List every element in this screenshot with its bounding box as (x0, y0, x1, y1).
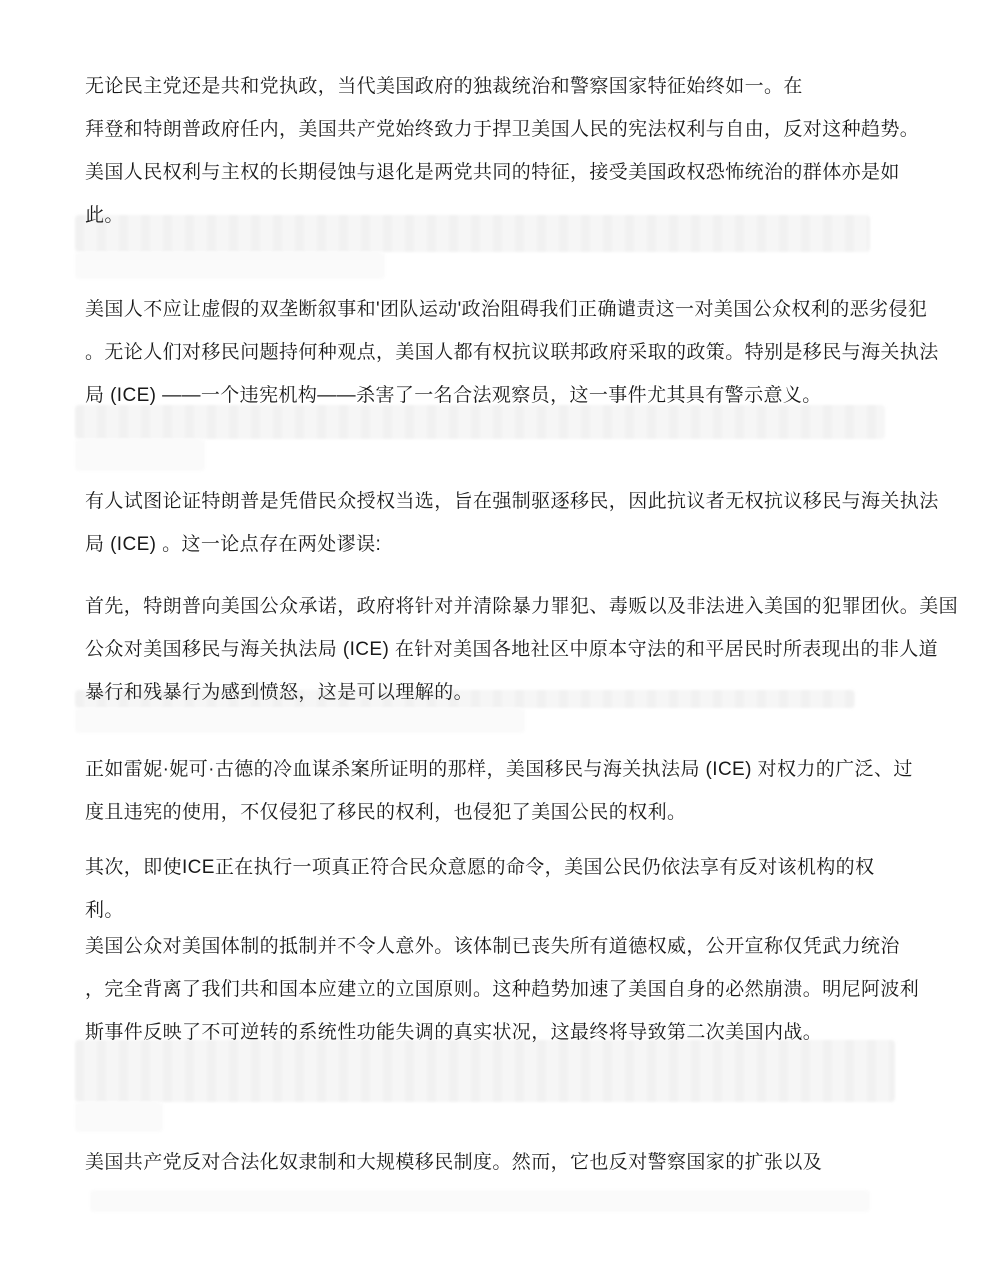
text-line: 度且违宪的使用，不仅侵犯了移民的权利，也侵犯了美国公民的权利。 (85, 791, 929, 834)
paragraph-2: 美国人不应让虚假的双垄断叙事和'团队运动'政治阻碍我们正确谴责这一对美国公众权利… (85, 288, 929, 417)
paragraph-5: 正如雷妮·妮可·古德的冷血谋杀案所证明的那样，美国移民与海关执法局 (ICE) … (85, 748, 929, 834)
text-line: 。无论人们对移民问题持何种观点，美国人都有权抗议联邦政府采取的政策。特别是移民与… (85, 331, 929, 374)
text-line: 公众对美国移民与海关执法局 (ICE) 在针对美国各地社区中原本守法的和平居民时… (85, 628, 929, 671)
paragraph-3: 有人试图论证特朗普是凭借民众授权当选，旨在强制驱逐移民，因此抗议者无权抗议移民与… (85, 480, 929, 566)
text-line: 此。 (85, 194, 929, 237)
ghost-text-band (90, 1190, 870, 1212)
document-page: 无论民主党还是共和党执政，当代美国政府的独裁统治和警察国家特征始终如一。在 拜登… (0, 0, 989, 1280)
text-line: 美国人不应让虚假的双垄断叙事和'团队运动'政治阻碍我们正确谴责这一对美国公众权利… (85, 288, 929, 331)
paragraph-6: 其次，即使ICE正在执行一项真正符合民众意愿的命令，美国公民仍依法享有反对该机构… (85, 846, 929, 932)
ghost-text-band (75, 252, 385, 279)
text-line: 斯事件反映了不可逆转的系统性功能失调的真实状况，这最终将导致第二次美国内战。 (85, 1011, 929, 1054)
text-line: ，完全背离了我们共和国本应建立的立国原则。这种趋势加速了美国自身的必然崩溃。明尼… (85, 968, 929, 1011)
text-line: 有人试图论证特朗普是凭借民众授权当选，旨在强制驱逐移民，因此抗议者无权抗议移民与… (85, 480, 929, 523)
text-line: 美国共产党反对合法化奴隶制和大规模移民制度。然而，它也反对警察国家的扩张以及 (85, 1141, 929, 1184)
text-line: 正如雷妮·妮可·古德的冷血谋杀案所证明的那样，美国移民与海关执法局 (ICE) … (85, 748, 929, 791)
text-line: 首先，特朗普向美国公众承诺，政府将针对并清除暴力罪犯、毒贩以及非法进入美国的犯罪… (85, 585, 929, 628)
paragraph-8: 美国共产党反对合法化奴隶制和大规模移民制度。然而，它也反对警察国家的扩张以及 (85, 1141, 929, 1184)
paragraph-1: 无论民主党还是共和党执政，当代美国政府的独裁统治和警察国家特征始终如一。在 拜登… (85, 65, 929, 237)
ghost-text-band (75, 439, 205, 471)
text-line: 美国公众对美国体制的抵制并不令人意外。该体制已丧失所有道德权威，公开宣称仅凭武力… (85, 925, 929, 968)
paragraph-4: 首先，特朗普向美国公众承诺，政府将针对并清除暴力罪犯、毒贩以及非法进入美国的犯罪… (85, 585, 929, 714)
paragraph-7: 美国公众对美国体制的抵制并不令人意外。该体制已丧失所有道德权威，公开宣称仅凭武力… (85, 925, 929, 1054)
text-line: 暴行和残暴行为感到愤怒，这是可以理解的。 (85, 671, 929, 714)
text-line: 美国人民权利与主权的长期侵蚀与退化是两党共同的特征，接受美国政权恐怖统治的群体亦… (85, 151, 929, 194)
text-line: 其次，即使ICE正在执行一项真正符合民众意愿的命令，美国公民仍依法享有反对该机构… (85, 846, 929, 889)
text-line: 拜登和特朗普政府任内，美国共产党始终致力于捍卫美国人民的宪法权利与自由，反对这种… (85, 108, 929, 151)
text-line: 无论民主党还是共和党执政，当代美国政府的独裁统治和警察国家特征始终如一。在 (85, 65, 929, 108)
ghost-text-band (75, 1102, 163, 1132)
text-line: 局 (ICE) 。这一论点存在两处谬误: (85, 523, 929, 566)
text-line: 局 (ICE) ——一个违宪机构——杀害了一名合法观察员，这一事件尤其具有警示意… (85, 374, 929, 417)
